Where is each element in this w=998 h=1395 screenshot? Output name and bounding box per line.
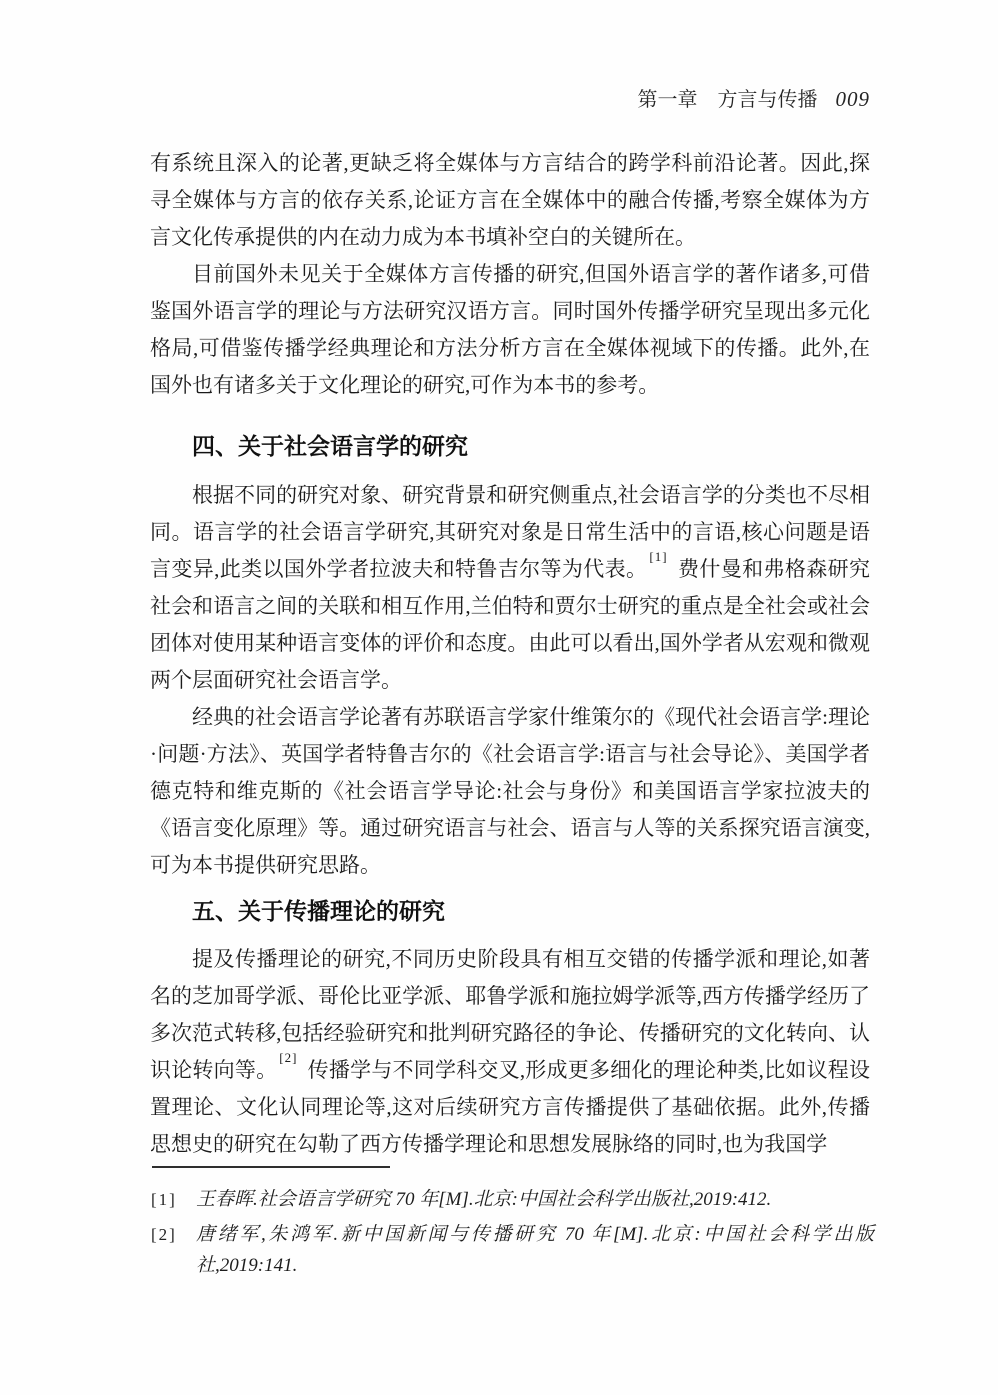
footnote-item-2: [2] 唐绪军,朱鸿军.新中国新闻与传播研究 70 年[M].北京:中国社会科学… xyxy=(150,1219,874,1281)
paragraph: 目前国外未见关于全媒体方言传播的研究,但国外语言学的著作诸多,可借鉴国外语言学的… xyxy=(150,256,870,404)
paragraph-block: 经典的社会语言学论著有苏联语言学家什维策尔的《现代社会语言学:理论·问题·方法》… xyxy=(150,699,870,884)
footnote-marker: [1] xyxy=(151,1184,177,1215)
footnotes: [1] 王春晖.社会语言学研究 70 年[M].北京:中国社会科学出版社,201… xyxy=(150,1184,874,1285)
paragraph-block: 提及传播理论的研究,不同历史阶段具有相互交错的传播学派和理论,如著名的芝加哥学派… xyxy=(150,941,870,1163)
footnote-text: 王春晖.社会语言学研究 70 年[M].北京:中国社会科学出版社,2019:41… xyxy=(196,1189,771,1210)
footnote-text: 唐绪军,朱鸿军.新中国新闻与传播研究 70 年[M].北京:中国社会科学出版社,… xyxy=(196,1224,874,1276)
paragraph-block: 目前国外未见关于全媒体方言传播的研究,但国外语言学的著作诸多,可借鉴国外语言学的… xyxy=(150,256,870,404)
paragraph-continuation: 有系统且深入的论著,更缺乏将全媒体与方言结合的跨学科前沿论著。因此,探寻全媒体与… xyxy=(150,145,870,256)
footnote-ref-2: [2] xyxy=(279,1050,297,1065)
footnote-marker: [2] xyxy=(151,1219,177,1250)
paragraph-block: 有系统且深入的论著,更缺乏将全媒体与方言结合的跨学科前沿论著。因此,探寻全媒体与… xyxy=(150,145,870,256)
section-heading-4: 四、关于社会语言学的研究 xyxy=(150,431,912,463)
paragraph: 根据不同的研究对象、研究背景和研究侧重点,社会语言学的分类也不尽相同。语言学的社… xyxy=(150,477,870,699)
footnote-ref-1: [1] xyxy=(649,549,667,564)
paragraph: 提及传播理论的研究,不同历史阶段具有相互交错的传播学派和理论,如著名的芝加哥学派… xyxy=(150,941,870,1163)
running-header: 第一章方言与传播009 xyxy=(150,86,870,113)
paragraph: 经典的社会语言学论著有苏联语言学家什维策尔的《现代社会语言学:理论·问题·方法》… xyxy=(150,699,870,884)
footnote-item-1: [1] 王春晖.社会语言学研究 70 年[M].北京:中国社会科学出版社,201… xyxy=(150,1184,874,1215)
page-number: 009 xyxy=(836,87,871,111)
footnote-divider xyxy=(152,1166,390,1168)
section-heading-5: 五、关于传播理论的研究 xyxy=(150,896,912,928)
paragraph-block: 根据不同的研究对象、研究背景和研究侧重点,社会语言学的分类也不尽相同。语言学的社… xyxy=(150,477,870,699)
running-title: 方言与传播 xyxy=(718,89,818,111)
book-page: 第一章方言与传播009 有系统且深入的论著,更缺乏将全媒体与方言结合的跨学科前沿… xyxy=(0,0,998,1395)
chapter-label: 第一章 xyxy=(638,89,698,111)
